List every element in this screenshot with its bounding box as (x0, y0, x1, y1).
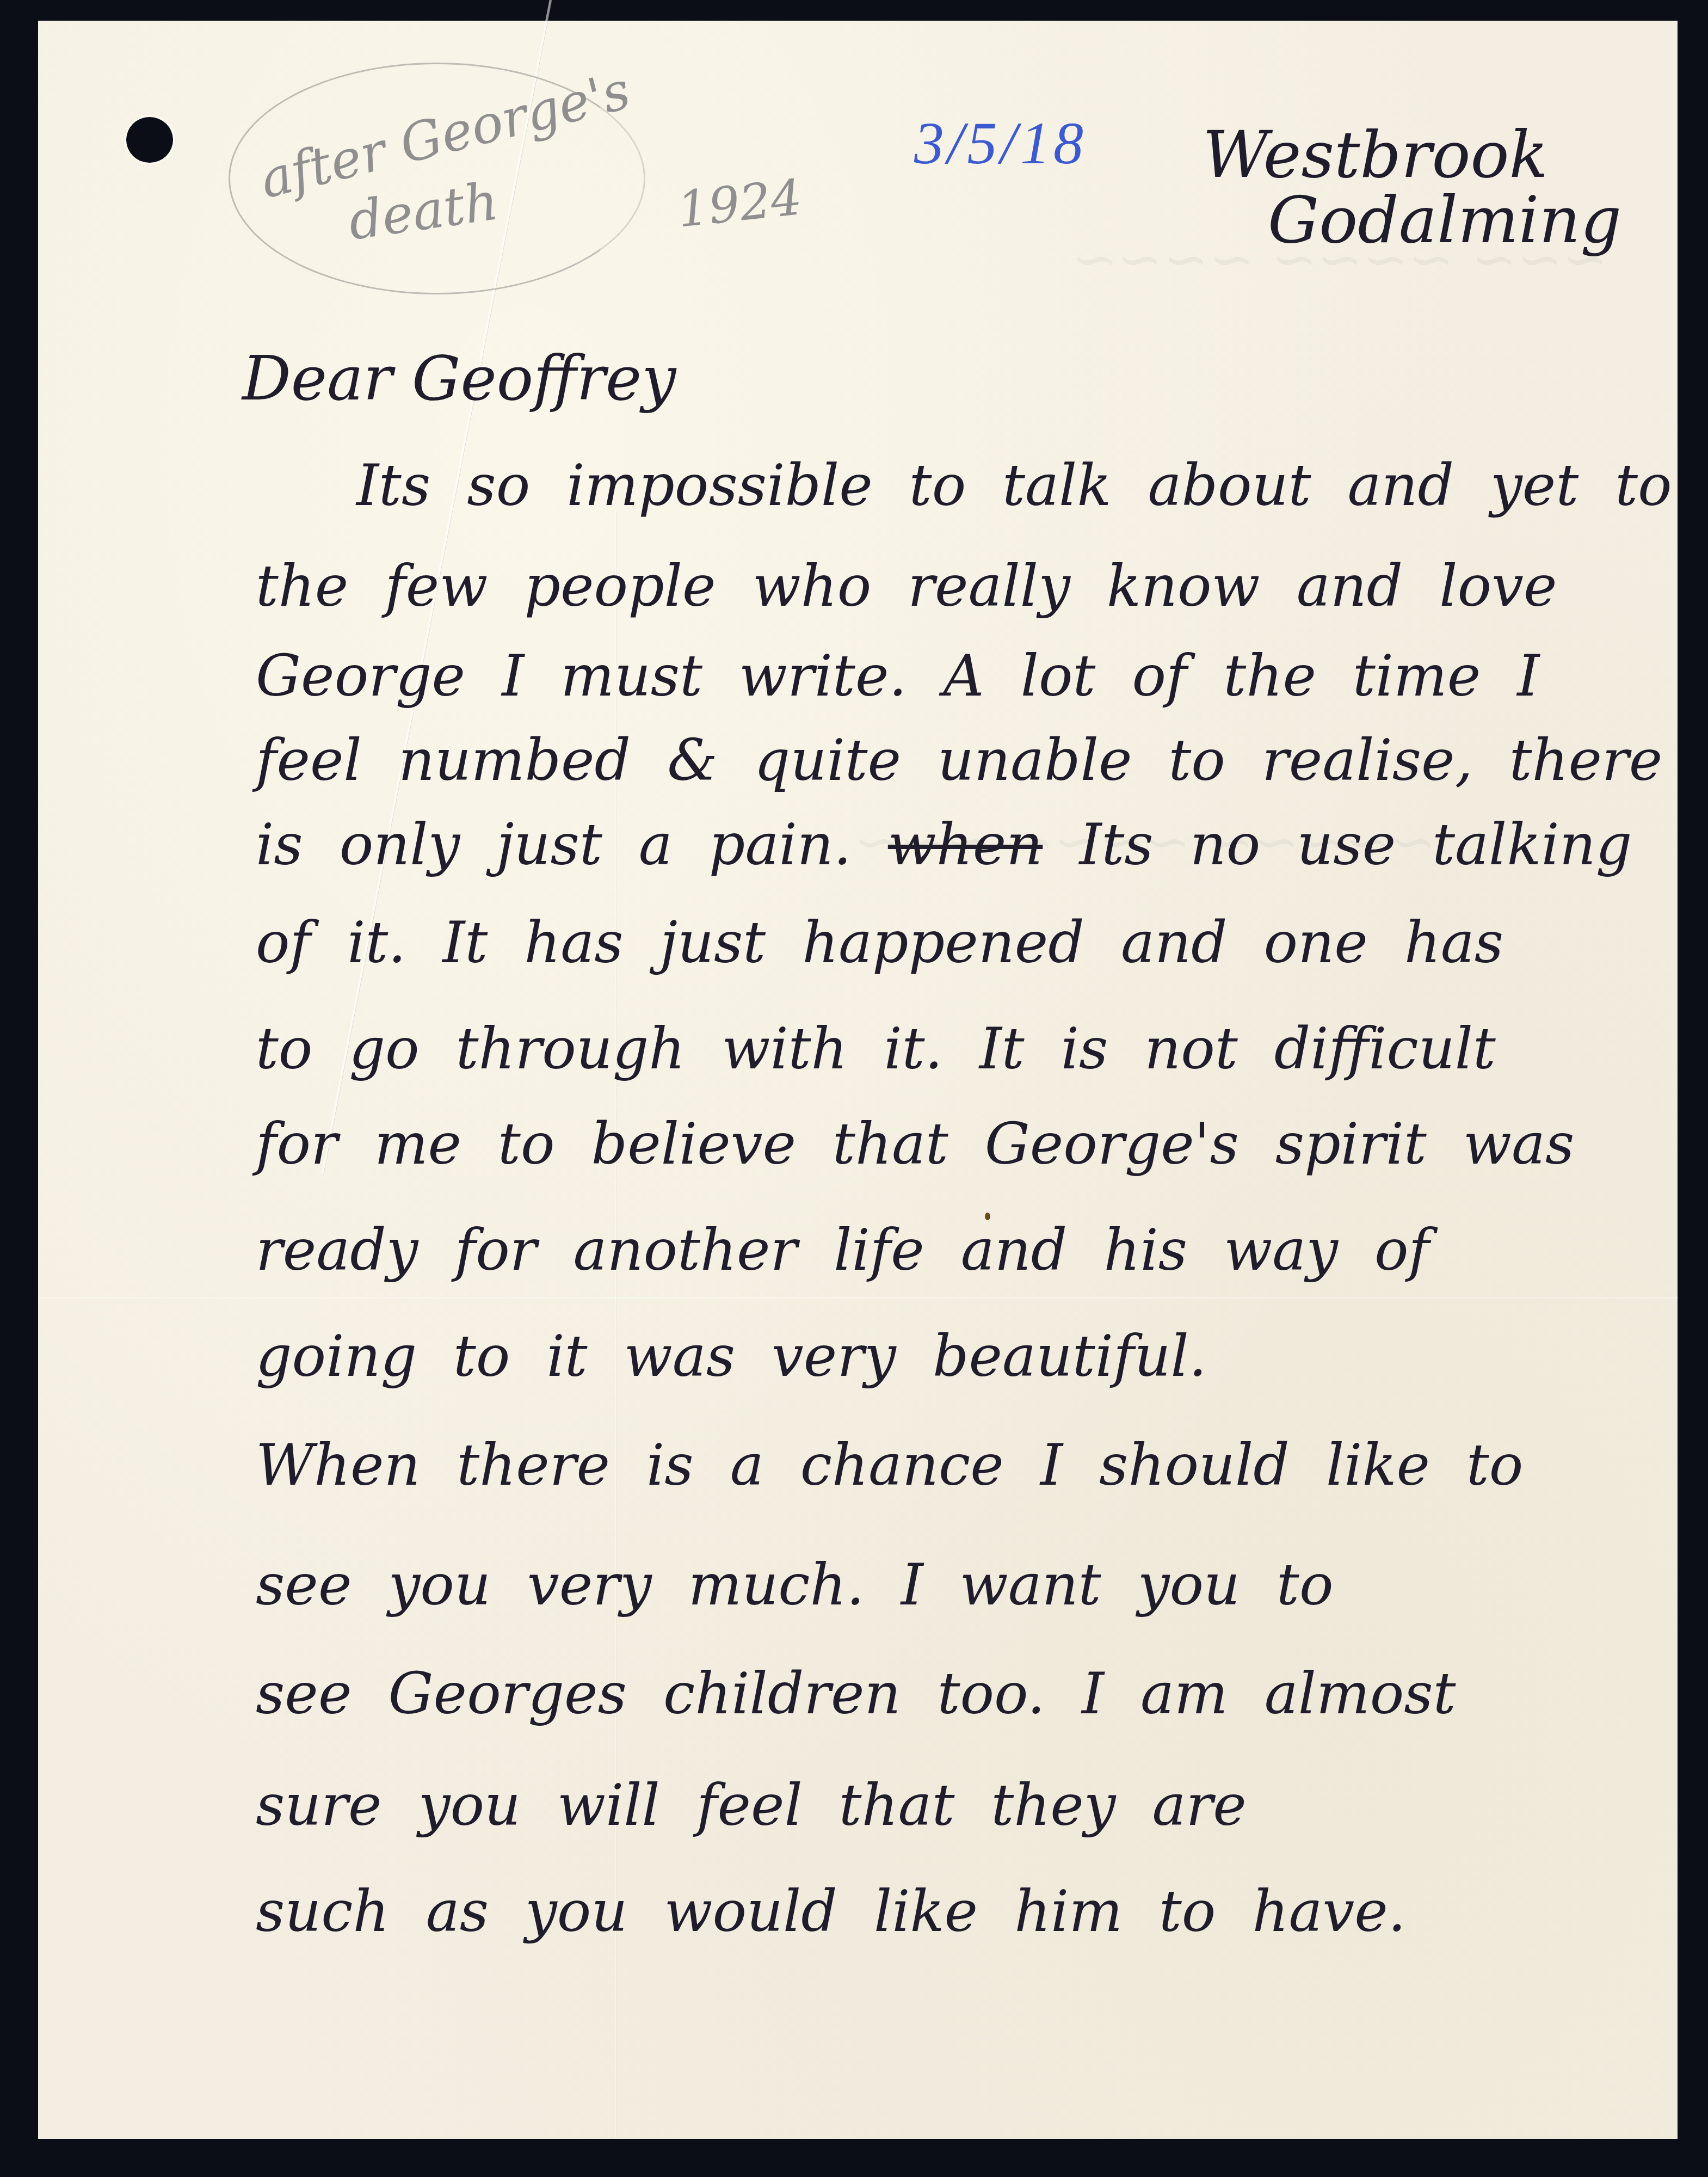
address-line1: Westbrook (1203, 122, 1548, 187)
punch-hole (126, 117, 173, 163)
body-line-15: such as you would like him to have. (256, 1883, 1406, 1940)
body-line-2: the few people who really know and love (256, 558, 1557, 614)
body-line-5-continuation: Its no use talking (1079, 811, 1632, 878)
body-line-6: of it. It has just happened and one has (256, 914, 1503, 971)
address-line2: Godalming (1268, 188, 1621, 252)
body-line-4: feel numbed & quite unable to realise, t… (256, 732, 1662, 789)
body-line-3: George I must write. A lot of the time I (256, 648, 1539, 704)
body-line-7: to go through with it. It is not difficu… (256, 1020, 1496, 1077)
struck-word: when (888, 811, 1043, 878)
body-line-11: When there is a chance I should like to (256, 1437, 1523, 1493)
body-line-5: is only just a pain. when Its no use tal… (256, 816, 1632, 873)
body-line-10: going to it was very beautiful. (256, 1328, 1207, 1385)
body-line-9: ready for another life and his way of (256, 1222, 1429, 1278)
body-line-1: Its so impossible to talk about and yet … (356, 457, 1672, 514)
body-line-8: for me to believe that George's spirit w… (256, 1116, 1574, 1172)
body-line-12: see you very much. I want you to (256, 1557, 1334, 1613)
body-line-13: see Georges children too. I am almost (256, 1665, 1456, 1722)
salutation: Dear Geoffrey (242, 348, 676, 409)
body-line-14: sure you will feel that they are (256, 1777, 1247, 1834)
pencil-year: 1924 (675, 173, 804, 235)
fold-crease-horizontal (38, 1297, 1678, 1299)
body-line-5-text: is only just a pain. (256, 811, 852, 878)
archive-date: 3/5/18 (914, 109, 1087, 178)
